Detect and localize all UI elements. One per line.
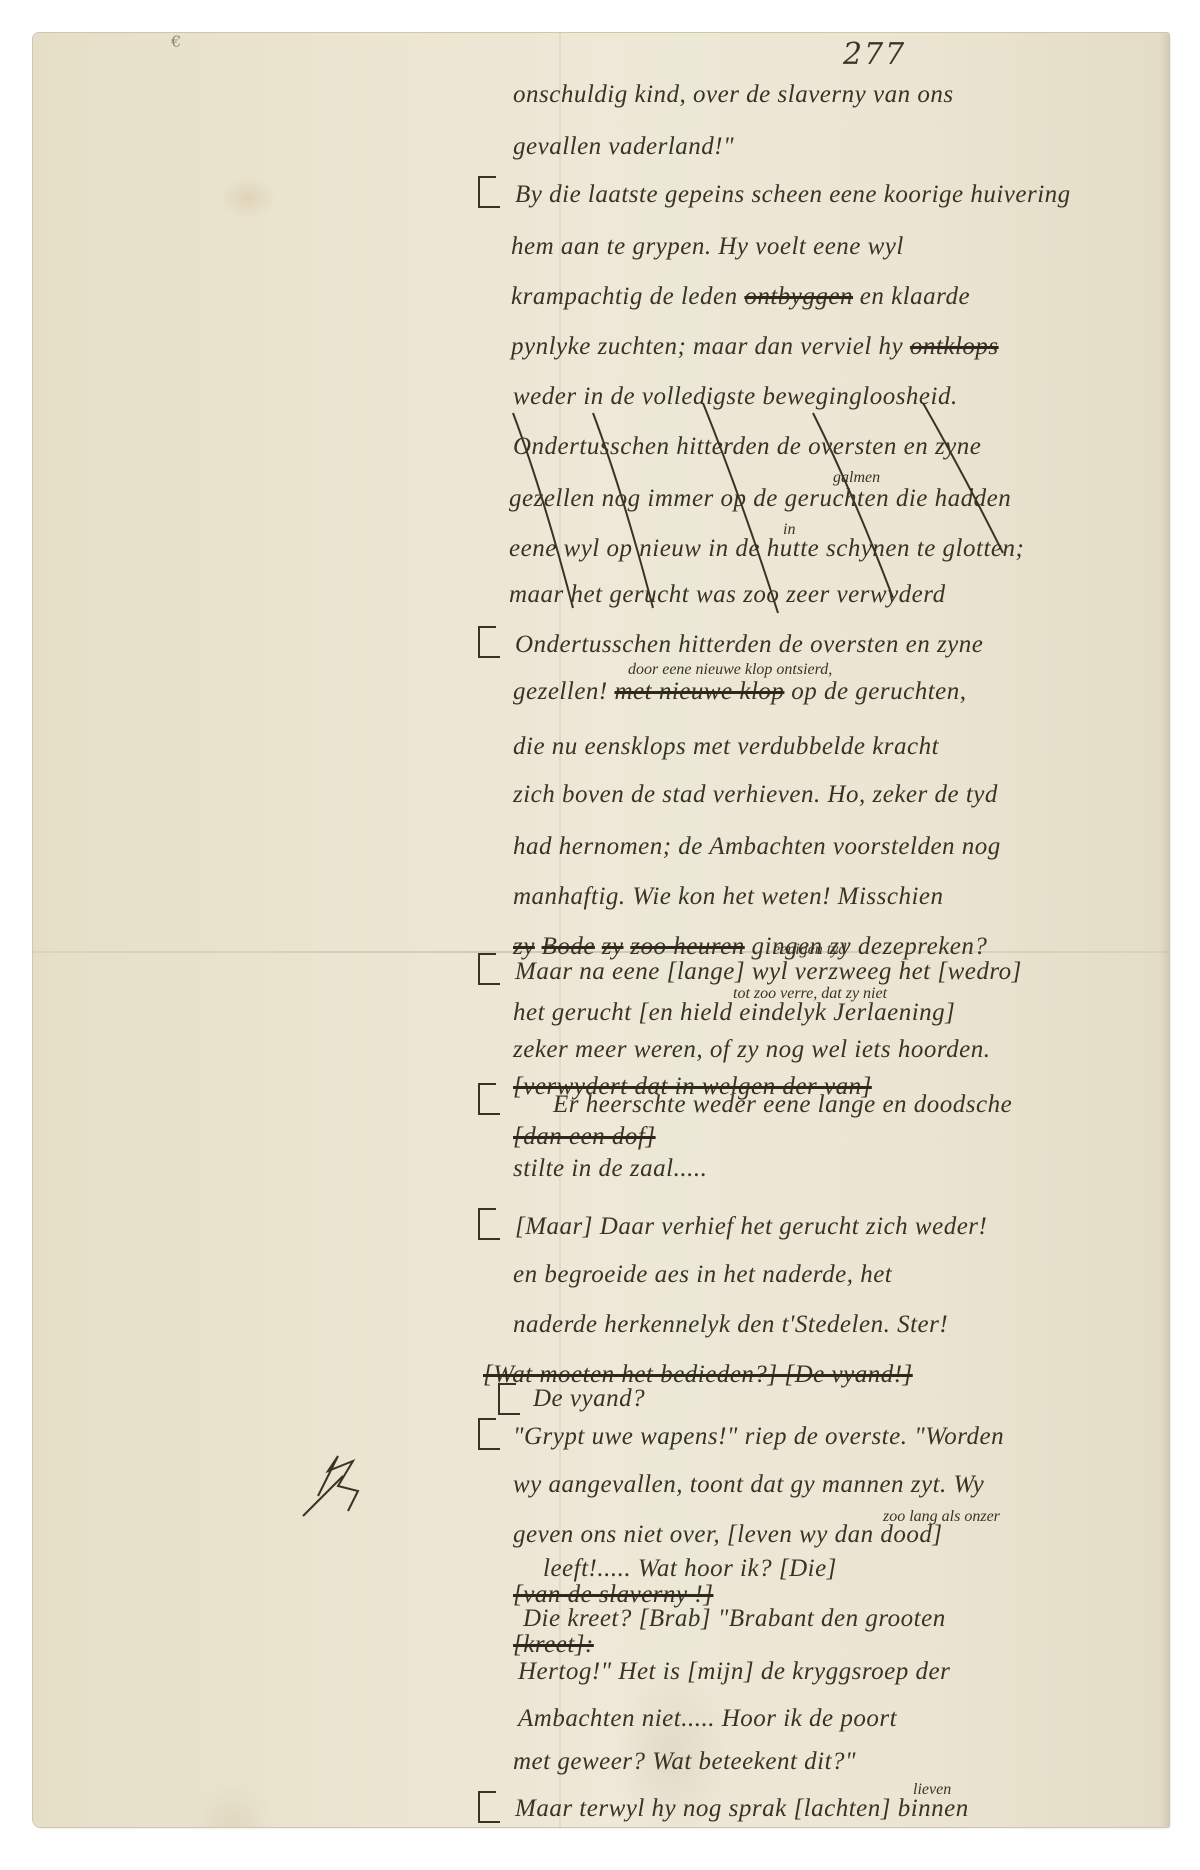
manuscript-line: stilte in de zaal..... <box>513 1155 707 1183</box>
interlinear-insertion: eenigen tyd <box>773 941 846 959</box>
manuscript-line: wy aangevallen, toont dat gy mannen zyt.… <box>513 1471 984 1499</box>
manuscript-sheet: € 277 onschuldig kind, over de slaverny … <box>33 33 1169 1827</box>
page-number: 277 <box>843 37 906 72</box>
cancelled-line: maar het gerucht was zoo zeer verwyderd <box>509 581 946 609</box>
paragraph-bracket <box>498 1383 520 1415</box>
line-text: en klaarde <box>860 283 970 310</box>
manuscript-line: zeker meer weren, of zy nog wel iets hoo… <box>513 1036 991 1064</box>
struck-word: Bode <box>542 933 595 960</box>
manuscript-line: weder in de volledigste bewegingloosheid… <box>513 383 958 411</box>
manuscript-line: hem aan te grypen. Hy voelt eene wyl <box>511 233 904 261</box>
manuscript-line: het gerucht [en hield eindelyk Jerlaenin… <box>513 999 955 1027</box>
manuscript-line: [Maar] Daar verhief het gerucht zich wed… <box>515 1213 987 1241</box>
manuscript-line: Ondertusschen hitterden de oversten en z… <box>515 631 983 659</box>
manuscript-line: By die laatste gepeins scheen eene koori… <box>515 181 1071 209</box>
manuscript-line: en begroeide aes in het naderde, het <box>513 1261 892 1289</box>
struck-word: met nieuwe klop <box>614 678 784 705</box>
manuscript-line: Maar terwyl hy nog sprak [lachten] binne… <box>515 1795 969 1823</box>
struck-word: zy <box>513 933 535 960</box>
collection-stamp: € <box>171 33 193 51</box>
manuscript-line: krampachtig de leden ontbyggen en klaard… <box>511 283 970 311</box>
manuscript-line: manhaftig. Wie kon het weten! Misschien <box>513 883 944 911</box>
manuscript-line: pynlyke zuchten; maar dan verviel hy ont… <box>511 333 999 361</box>
cancelled-line: gezellen nog immer op de geruchten die h… <box>509 485 1011 513</box>
manuscript-line: Ambachten niet..... Hoor ik de poort <box>518 1705 897 1733</box>
cancelled-line: Ondertusschen hitterden de oversten en z… <box>513 433 981 461</box>
manuscript-line: leeft!..... Wat hoor ik? [Die] <box>543 1555 837 1583</box>
paragraph-bracket <box>478 1791 500 1823</box>
paragraph-bracket <box>478 1418 500 1450</box>
paragraph-bracket <box>478 176 500 208</box>
interlinear-insertion: door eene nieuwe klop ontsierd, <box>628 661 832 679</box>
manuscript-line: Hertog!" Het is [mijn] de kryggsroep der <box>518 1658 950 1686</box>
page-edge-shadow <box>1159 33 1169 1827</box>
line-text: krampachtig de leden <box>511 283 738 310</box>
manuscript-line: had hernomen; de Ambachten voorstelden n… <box>513 833 1001 861</box>
manuscript-line: Er heerschte weder eene lange en doodsch… <box>553 1091 1012 1119</box>
cancelled-line: eene wyl op nieuw in de hutte schynen te… <box>509 535 1024 563</box>
paragraph-bracket <box>478 626 500 658</box>
manuscript-line: "Grypt uwe wapens!" riep de overste. "Wo… <box>513 1423 1004 1451</box>
manuscript-line: onschuldig kind, over de slaverny van on… <box>513 81 954 109</box>
struck-word: zoo heuren <box>630 933 744 960</box>
manuscript-line: zy Bode zy zoo heuren gingen zy dezeprek… <box>513 933 987 961</box>
manuscript-line: Maar na eene [lange] wyl verzweeg het [w… <box>515 958 1022 986</box>
struck-line: [dan een dof] <box>513 1123 656 1151</box>
manuscript-line: gezellen! met nieuwe klop op de geruchte… <box>513 678 967 706</box>
struck-word: zy <box>602 933 624 960</box>
paragraph-bracket <box>478 1208 500 1240</box>
struck-line: [kreet]: <box>513 1631 594 1659</box>
paragraph-bracket <box>478 953 500 985</box>
paragraph-bracket <box>478 1083 500 1115</box>
manuscript-line: naderde herkennelyk den t'Stedelen. Ster… <box>513 1311 948 1339</box>
manuscript-line: die nu eensklops met verdubbelde kracht <box>513 733 939 761</box>
manuscript-line: Die kreet? [Brab] "Brabant den grooten <box>523 1605 946 1633</box>
manuscript-line: zich boven de stad verhieven. Ho, zeker … <box>513 781 998 809</box>
line-text: pynlyke zuchten; maar dan verviel hy <box>511 333 903 360</box>
struck-word: ontbyggen <box>744 283 853 310</box>
manuscript-line: De vyand? <box>533 1385 645 1413</box>
manuscript-line: met geweer? Wat beteekent dit?" <box>513 1748 856 1776</box>
struck-word: ontklops <box>910 333 999 360</box>
monogram-signature <box>298 1451 368 1521</box>
manuscript-line: geven ons niet over, [leven wy dan dood] <box>513 1521 943 1549</box>
manuscript-line: gevallen vaderland!" <box>513 133 734 161</box>
